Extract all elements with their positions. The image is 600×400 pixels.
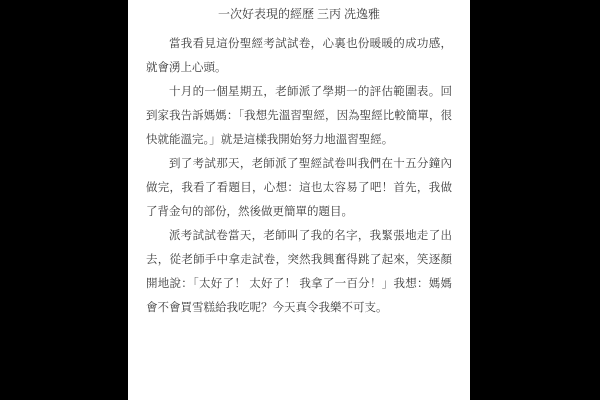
paragraph-1: 當我看見這份聖經考試試卷，心裏也份暖暖的成功感，就會湧上心頭。 xyxy=(146,32,452,80)
document-title: 一次好表現的經歷 三丙 冼逸雅 xyxy=(146,2,452,26)
paragraph-2: 十月的一個星期五，老師派了學期一的評估範圍表。回到家我告訴媽媽：「我想先溫習聖經… xyxy=(146,80,452,152)
document-page: 一次好表現的經歷 三丙 冼逸雅 當我看見這份聖經考試試卷，心裏也份暖暖的成功感，… xyxy=(128,0,470,400)
paragraph-4: 派考試試卷當天，老師叫了我的名字，我緊張地走了出去，從老師手中拿走試卷，突然我興… xyxy=(146,224,452,320)
letterbox-stage: 一次好表現的經歷 三丙 冼逸雅 當我看見這份聖經考試試卷，心裏也份暖暖的成功感，… xyxy=(0,0,600,400)
paragraph-3: 到了考試那天，老師派了聖經試卷叫我們在十五分鐘內做完，我看了看題目，心想：這也太… xyxy=(146,152,452,224)
